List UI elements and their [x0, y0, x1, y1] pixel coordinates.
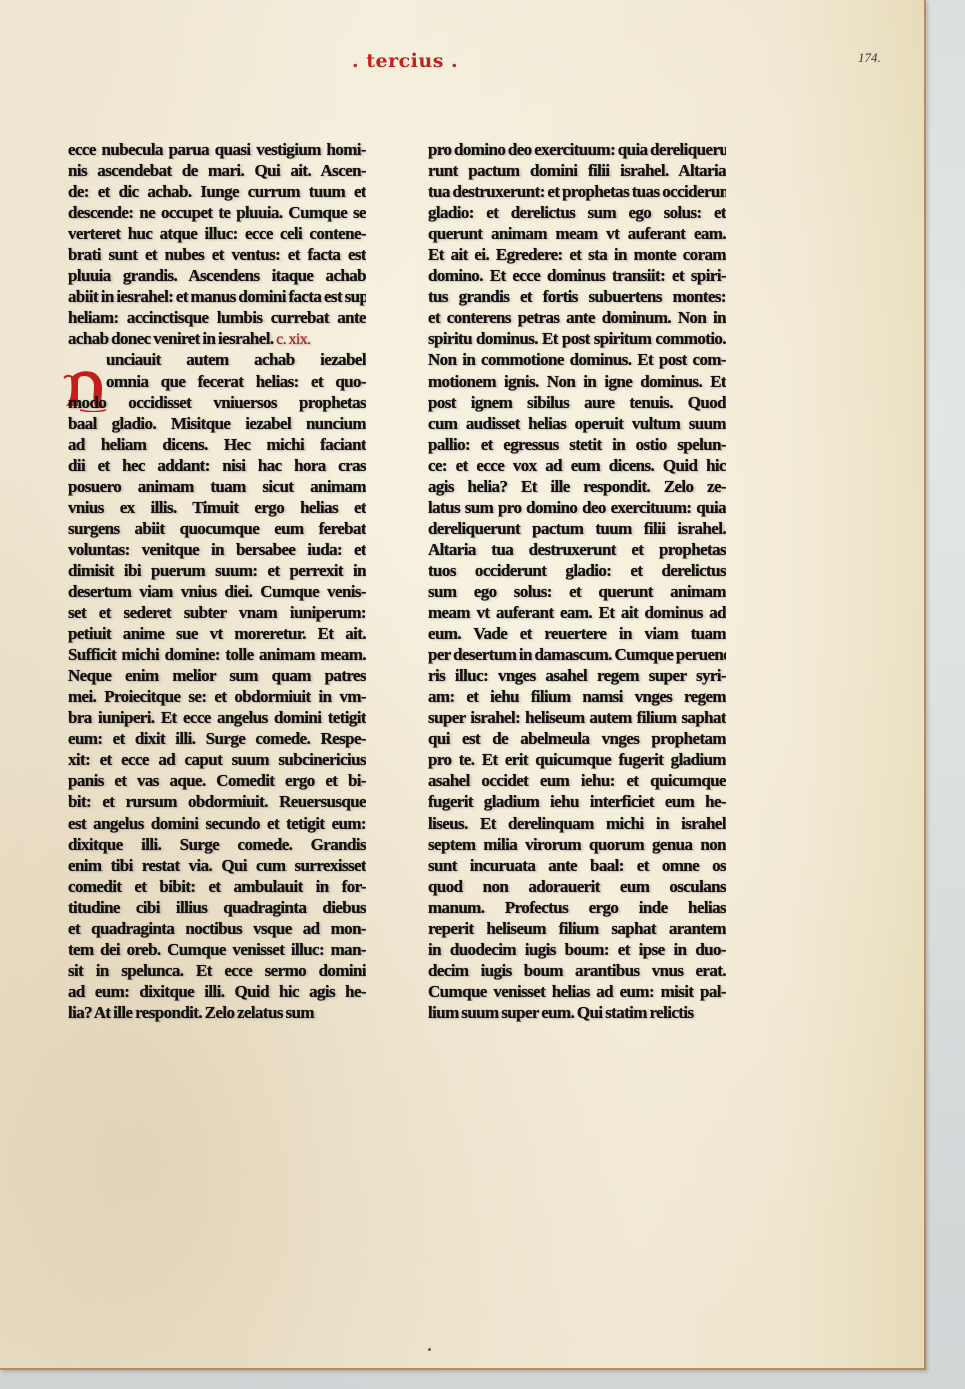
text-line: lium suum super eum. Qui statim relictis — [428, 1002, 726, 1023]
text-line: tus grandis et fortis subuertens montes: — [428, 286, 726, 307]
text-line: latus sum pro domino deo exercituum: qui… — [428, 497, 726, 518]
text-line: cum audisset helias operuit vultum suum — [428, 413, 726, 434]
text-line: heliam: accinctisque lumbis currebat ant… — [68, 307, 366, 328]
text-line: pro te. Et erit quicumque fugerit gladiu… — [428, 749, 726, 770]
text-line: tua destruxerunt: et prophetas tuas occi… — [428, 181, 726, 202]
text-line: xit: et ecce ad caput suum subcinericius — [68, 749, 366, 770]
text-line: septem milia virorum quorum genua non — [428, 834, 726, 855]
text-line: tem dei oreb. Cumque venisset illuc: man… — [68, 939, 366, 960]
text-line-chapter-end: achab donec veniret in iesrahel. c. xix. — [68, 328, 366, 349]
text-line: surgens abiit quocumque eum ferebat — [68, 518, 366, 539]
text-line: titudine cibi illius quadraginta diebus — [68, 897, 366, 918]
text-line: desertum viam vnius diei. Cumque venis- — [68, 581, 366, 602]
text-line: comedit et bibit: et ambulauit in for- — [68, 876, 366, 897]
text-line: am: et iehu filium namsi vnges regem — [428, 686, 726, 707]
text-line: modo occidisset vniuersos prophetas — [68, 392, 366, 413]
text-line: sum ego solus: et querunt animam — [428, 581, 726, 602]
text-line: bit: et rursum obdormiuit. Reuersusque — [68, 791, 366, 812]
text-line: pallio: et egressus stetit in ostio spel… — [428, 434, 726, 455]
text-line: petiuit anime sue vt moreretur. Et ait. — [68, 623, 366, 644]
text-line: et quadraginta noctibus vsque ad mon- — [68, 918, 366, 939]
text-line: descende: ne occupet te pluuia. Cumque s… — [68, 202, 366, 223]
text-line: enim tibi restat via. Qui cum surrexisse… — [68, 855, 366, 876]
text-line: lia? At ille respondit. Zelo zelatus sum — [68, 1002, 366, 1023]
text-line: baal gladio. Misitque iezabel nuncium — [68, 413, 366, 434]
text-line: ce: et ecce vox ad eum dicens. Quid hic — [428, 455, 726, 476]
text-line: mei. Proiecitque se: et obdormiuit in vm… — [68, 686, 366, 707]
text-line: et conterens petras ante dominum. Non in — [428, 307, 726, 328]
text-line: post ignem sibilus aure tenuis. Quod — [428, 392, 726, 413]
text-line: Neque enim melior sum quam patres — [68, 665, 366, 686]
text-line: verteret huc atque illuc: ecce celi cont… — [68, 223, 366, 244]
text-line: fugerit gladium iehu interficiet eum he- — [428, 791, 726, 812]
folio-number: 174. — [858, 50, 881, 66]
text-line: est angelus domini secundo et tetigit eu… — [68, 813, 366, 834]
text-line: vnius ex illis. Timuit ergo helias et — [68, 497, 366, 518]
text-line: motionem ignis. Non in igne dominus. Et — [428, 371, 726, 392]
text-line: liseus. Et derelinquam michi in israhel — [428, 813, 726, 834]
text-line: Et ait ei. Egredere: et sta in monte cor… — [428, 244, 726, 265]
text-line: dii et hec addant: nisi hac hora cras — [68, 455, 366, 476]
text-line: reperit heliseum filium saphat arantem — [428, 918, 726, 939]
text-line: decim iugis boum arantibus vnus erat. — [428, 960, 726, 981]
text-line: eum: et dixit illi. Surge comede. Respe- — [68, 728, 366, 749]
text-line: dimisit ibi puerum suum: et perrexit in — [68, 560, 366, 581]
text-line: abiit in iesrahel: et manus domini facta… — [68, 286, 366, 307]
text-line: set et sederet subter vnam iuniperum: — [68, 602, 366, 623]
right-column: pro domino deo exercituum: quia dereliqu… — [428, 139, 726, 1023]
running-head: . tercius . — [352, 50, 458, 72]
text-line: de: et dic achab. Iunge currum tuum et — [68, 181, 366, 202]
text-line: sunt incuruata ante baal: et omne os — [428, 855, 726, 876]
manuscript-page: . tercius . 174. ecce nubecula parua qua… — [0, 0, 926, 1370]
text-line: dixitque illi. Surge comede. Grandis — [68, 834, 366, 855]
text-line: posuero animam tuam sicut animam — [68, 476, 366, 497]
text-line: super israhel: heliseum autem filium sap… — [428, 707, 726, 728]
text-line: quod non adorauerit eum osculans — [428, 876, 726, 897]
text-line: pro domino deo exercituum: quia dereliqu… — [428, 139, 726, 160]
text-line: ris illuc: vnges asahel regem super syri… — [428, 665, 726, 686]
left-column: ecce nubecula parua quasi vestigium homi… — [68, 139, 366, 1023]
text-line: pluuia grandis. Ascendens itaque achab — [68, 265, 366, 286]
text-line: gladio: et derelictus sum ego solus: et — [428, 202, 726, 223]
text-line: ad eum: dixitque illi. Quid hic agis he- — [68, 981, 366, 1002]
text-line: asahel occidet eum iehu: et quicumque — [428, 770, 726, 791]
text-line: ecce nubecula parua quasi vestigium homi… — [68, 139, 366, 160]
text-line: runt pactum domini filii israhel. Altari… — [428, 160, 726, 181]
text-line: Non in commotione dominus. Et post com- — [428, 349, 726, 370]
text-line: querunt animam meam vt auferant eam. — [428, 223, 726, 244]
page-mark-dot — [428, 1348, 431, 1351]
text-line: spiritu dominus. Et post spiritum commot… — [428, 328, 726, 349]
text-line: sit in spelunca. Et ecce sermo domini — [68, 960, 366, 981]
text-line: Cumque venisset helias ad eum: misit pal… — [428, 981, 726, 1002]
text-line: ad heliam dicens. Hec michi faciant — [68, 434, 366, 455]
text-line-initial: omnia que fecerat helias: et quo- — [68, 371, 366, 392]
text-line: nis ascendebat de mari. Qui ait. Ascen- — [68, 160, 366, 181]
text-line: agis helia? Et ille respondit. Zelo ze- — [428, 476, 726, 497]
text-line: tuos occiderunt gladio: et derelictus — [428, 560, 726, 581]
text-line: bra iuniperi. Et ecce angelus domini tet… — [68, 707, 366, 728]
text-line: Altaria tua destruxerunt et prophetas — [428, 539, 726, 560]
text-line: Sufficit michi domine: tolle animam meam… — [68, 644, 366, 665]
text-line: voluntas: venitque in bersabee iuda: et — [68, 539, 366, 560]
text-line: domino. Et ecce dominus transiit: et spi… — [428, 265, 726, 286]
text-line: qui est de abelmeula vnges prophetam — [428, 728, 726, 749]
text-line: meam vt auferant eam. Et ait dominus ad — [428, 602, 726, 623]
text-line: per desertum in damascum. Cumque peruene… — [428, 644, 726, 665]
chapter-mark: c. xix. — [276, 331, 310, 348]
text-line: eum. Vade et reuertere in viam tuam — [428, 623, 726, 644]
text-line: dereliquerunt pactum tuum filii israhel. — [428, 518, 726, 539]
text-line-content: achab donec veniret in iesrahel. — [68, 329, 274, 348]
text-line: panis et vas aque. Comedit ergo et bi- — [68, 770, 366, 791]
text-line: brati sunt et nubes et ventus: et facta … — [68, 244, 366, 265]
text-line: manum. Profectus ergo inde helias — [428, 897, 726, 918]
text-line-initial: unciauit autem achab iezabel — [68, 349, 366, 370]
text-line: in duodecim iugis boum: et ipse in duo- — [428, 939, 726, 960]
